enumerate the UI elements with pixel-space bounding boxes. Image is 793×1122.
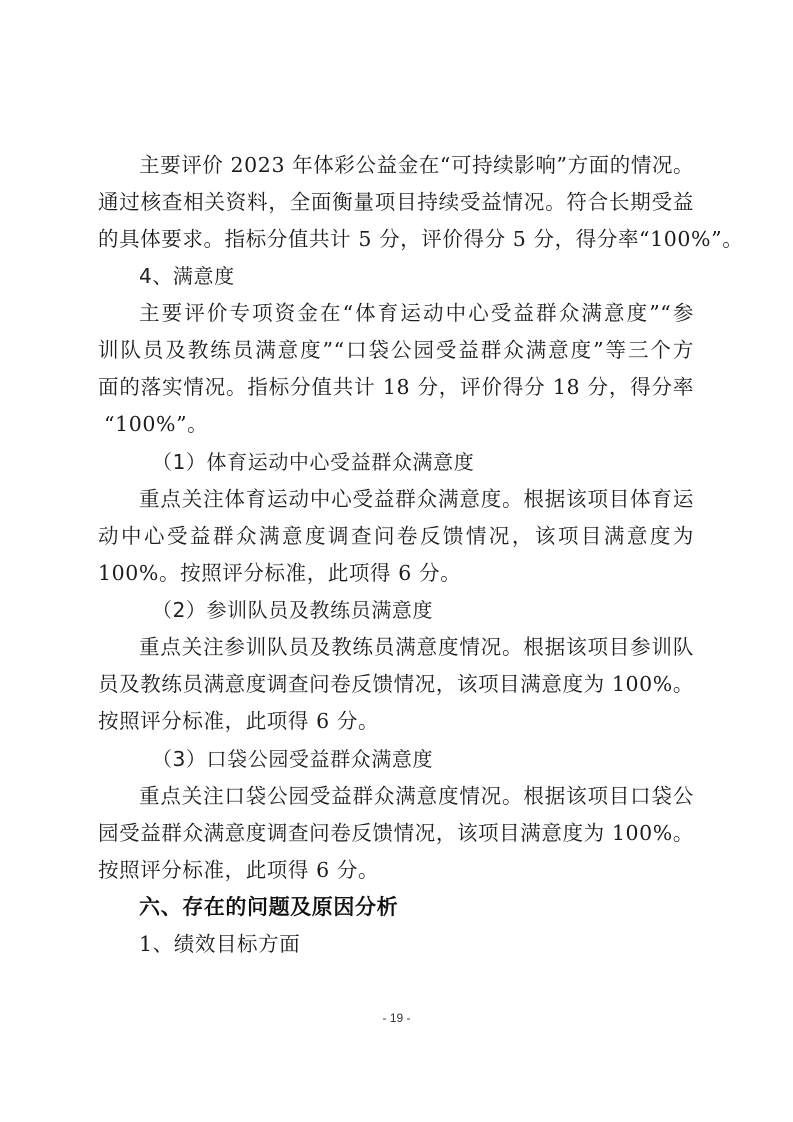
paragraph-line: 面的落实情况。指标分值共计 18 分，评价得分 18 分，得分率	[98, 369, 694, 406]
paragraph-line: 重点关注口袋公园受益群众满意度情况。根据该项目口袋公	[139, 778, 694, 815]
section-heading-satisfaction: 4、满意度	[139, 258, 694, 295]
paragraph-line: 按照评分标准，此项得 6 分。	[98, 703, 694, 740]
paragraph-line: 员及教练员满意度调查问卷反馈情况，该项目满意度为 100%。	[98, 666, 694, 703]
paragraph-line: 训队员及教练员满意度”“口袋公园受益群众满意度”等三个方	[98, 332, 694, 369]
paragraph-line: 100%。按照评分标准，此项得 6 分。	[98, 555, 694, 592]
paragraph-line: 通过核查相关资料，全面衡量项目持续受益情况。符合长期受益	[98, 184, 694, 221]
paragraph-line: 重点关注体育运动中心受益群众满意度。根据该项目体育运	[139, 481, 694, 518]
paragraph-line: 主要评价 2023 年体彩公益金在“可持续影响”方面的情况。	[139, 147, 694, 184]
paragraph-line: 的具体要求。指标分值共计 5 分，评价得分 5 分，得分率“100%”。	[98, 221, 694, 258]
paragraph-line: 重点关注参训队员及教练员满意度情况。根据该项目参训队	[139, 629, 694, 666]
section-heading-problems-analysis: 六、存在的问题及原因分析	[139, 889, 735, 926]
paragraph-line: 按照评分标准，此项得 6 分。	[98, 852, 694, 889]
document-page: 主要评价 2023 年体彩公益金在“可持续影响”方面的情况。 通过核查相关资料，…	[0, 0, 793, 1122]
paragraph-line: 主要评价专项资金在“体育运动中心受益群众满意度”“参	[139, 295, 694, 332]
subheading-trainee-coach-satisfaction: （2）参训队员及教练员满意度	[152, 592, 748, 629]
paragraph-line: 园受益群众满意度调查问卷反馈情况，该项目满意度为 100%。	[98, 815, 694, 852]
subheading-pocket-park-satisfaction: （3）口袋公园受益群众满意度	[152, 741, 748, 778]
paragraph-line: “100%”。	[104, 406, 700, 443]
subsection-heading-performance-goals: 1、绩效目标方面	[139, 926, 694, 963]
paragraph-line: 动中心受益群众满意度调查问卷反馈情况，该项目满意度为	[98, 518, 694, 555]
subheading-sports-center-satisfaction: （1）体育运动中心受益群众满意度	[152, 444, 748, 481]
page-number: - 19 -	[0, 1011, 793, 1025]
